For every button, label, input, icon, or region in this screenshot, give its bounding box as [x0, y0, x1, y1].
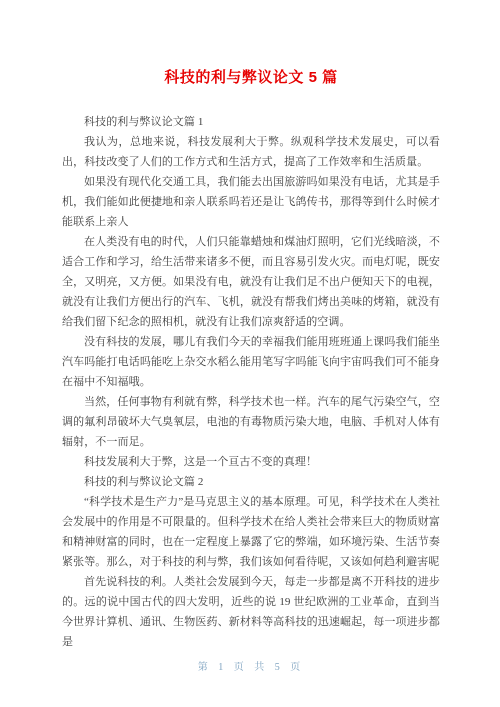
document-body: 科技的利与弊议论文篇 1 我认为，总地来说，科技发展利大于弊。纵观科学技术发展史…: [62, 112, 440, 652]
paragraph: “科学技术是生产力”是马克思主义的基本原理。可见，科学技术在人类社会发展中的作用…: [62, 492, 440, 572]
page-pagination: 第 1 页 共 5 页: [62, 661, 440, 675]
paragraph: 没有科技的发展，哪儿有我们今天的幸福我们能用班班通上课吗我们能坐汽车吗能打电话吗…: [62, 332, 440, 392]
section-heading-1: 科技的利与弊议论文篇 1: [62, 112, 440, 132]
paragraph: 在人类没有电的时代，人们只能靠蜡烛和煤油灯照明，它们光线暗淡，不适合工作和学习，…: [62, 232, 440, 332]
document-page: 科技的利与弊议论文 5 篇 科技的利与弊议论文篇 1 我认为，总地来说，科技发展…: [0, 0, 500, 707]
paragraph: 科技发展利大于弊，这是一个亘古不变的真理！: [62, 452, 440, 472]
pagination-text: 第 1 页 共 5 页: [198, 662, 305, 673]
paragraph: 当然，任何事物有利就有弊，科学技术也一样。汽车的尾气污染空气，空调的氟利昂破坏大…: [62, 392, 440, 452]
section-heading-2: 科技的利与弊议论文篇 2: [62, 472, 440, 492]
paragraph: 首先说科技的利。人类社会发展到今天，每走一步都是离不开科技的进步的。远的说中国古…: [62, 572, 440, 652]
paragraph: 我认为，总地来说，科技发展利大于弊。纵观科学技术发展史，可以看出，科技改变了人们…: [62, 132, 440, 172]
paragraph: 如果没有现代化交通工具，我们能去出国旅游吗如果没有电话，尤其是手机，我们能如此便…: [62, 172, 440, 232]
document-title: 科技的利与弊议论文 5 篇: [62, 68, 440, 88]
